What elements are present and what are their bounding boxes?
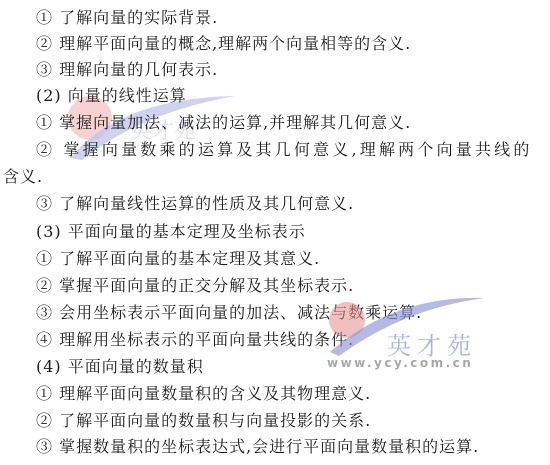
objective-2-3: ③ 了解向量线性运算的性质及其几何意义. [36, 194, 354, 214]
watermark-emblem-icon [325, 290, 525, 370]
objective-1-1: ① 了解向量的实际背景. [36, 8, 218, 28]
objective-4-1: ① 理解平面向量数量积的含义及其物理意义. [36, 384, 371, 404]
watermark-brand-text: 英才苑 [387, 326, 477, 361]
section-heading-4: (4) 平面向量的数量积 [36, 357, 204, 377]
objective-3-1: ① 了解平面向量的基本定理及其意义. [36, 249, 320, 269]
watermark-logo: 英才苑 www.ycy.com.cn [325, 290, 525, 370]
objective-1-3: ③ 理解向量的几何表示. [36, 60, 218, 80]
objective-3-4: ④ 理解用坐标表示的平面向量共线的条件. [36, 330, 354, 350]
objective-4-2: ② 了解平面向量的数量积与向量投影的关系. [36, 411, 371, 431]
objective-2-2: ② 掌握向量数乘的运算及其几何意义,理解两个向量共线的 [36, 140, 533, 160]
objective-3-2: ② 掌握平面向量的正交分解及其坐标表示. [36, 276, 354, 296]
document-page: 英才苑 ① 了解向量的实际背景. ② 理解平面向量的概念,理解两个向量相等的含义… [0, 0, 550, 465]
objective-2-2-continuation: 含义. [3, 167, 43, 187]
objective-3-3: ③ 会用坐标表示平面向量的加法、减法与数乘运算. [36, 303, 422, 323]
objective-2-1: ① 掌握向量加法、减法的运算,并理解其几何意义. [36, 113, 411, 133]
section-heading-3: (3) 平面向量的基本定理及坐标表示 [36, 222, 306, 242]
watermark-url-text: www.ycy.com.cn [327, 356, 473, 370]
objective-1-2: ② 理解平面向量的概念,理解两个向量相等的含义. [36, 34, 411, 54]
section-heading-2: (2) 向量的线性运算 [36, 86, 187, 106]
objective-4-3: ③ 掌握数量积的坐标表达式,会进行平面向量数量积的运算. [36, 437, 479, 457]
